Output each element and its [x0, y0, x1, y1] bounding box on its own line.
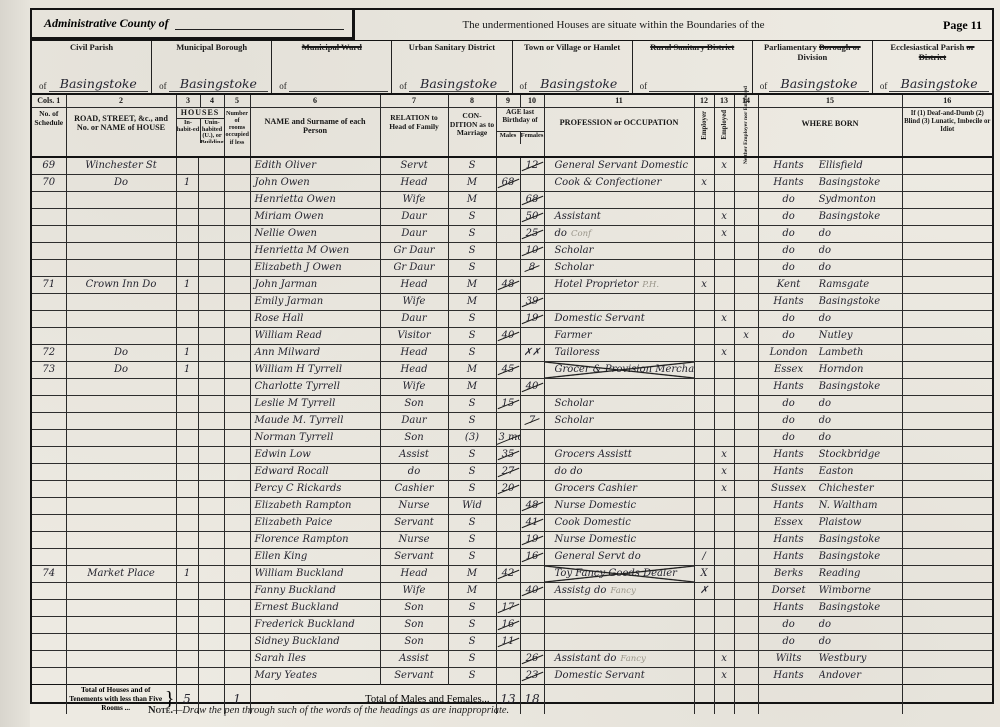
handwritten-value: Nellie Owen: [255, 228, 317, 239]
cell-where-born: SussexChichester: [758, 480, 902, 497]
cell-rooms: [224, 157, 250, 174]
col-numbers: 3 4: [177, 95, 224, 108]
cell-condition: S: [448, 599, 496, 616]
cell-uninhabited: [198, 633, 224, 650]
handwritten-value: M: [467, 177, 477, 188]
cell-employer-mark: [694, 446, 714, 463]
cell-age-female: 19: [520, 310, 544, 327]
cell-condition: S: [448, 548, 496, 565]
cell-road: [66, 531, 176, 548]
cell-age-male: [496, 225, 520, 242]
cell-employer-mark: [694, 361, 714, 378]
born-wrap: SussexChichester: [759, 483, 902, 494]
table-row: 70Do1John OwenHeadM68Cook & Confectioner…: [32, 174, 992, 191]
cell-age-female: ✗✗: [520, 344, 544, 361]
cell-where-born: HantsBasingstoke: [758, 378, 902, 395]
cell-infirmity: [902, 616, 992, 633]
born-county: Dorset: [759, 585, 819, 596]
handwritten-value: x: [721, 347, 727, 358]
cell-age-female: 50: [520, 208, 544, 225]
cell-schedule: [32, 293, 66, 310]
district-value-handwritten: Basingstoke: [49, 77, 149, 92]
cell-where-born: EssexPlaistow: [758, 514, 902, 531]
handwritten-value: Assistg do: [555, 585, 607, 596]
cell-schedule: 69: [32, 157, 66, 174]
cell-relation: Daur: [380, 310, 448, 327]
col-houses-header: 3 4 HOUSES In-habit-ed Unin-habited (U.)…: [176, 95, 224, 157]
cell-employer-mark: x: [694, 174, 714, 191]
cell-neither-mark: [734, 582, 758, 599]
cell-inhabited: [176, 225, 198, 242]
cell-age-female: 48: [520, 497, 544, 514]
handwritten-value: 68: [524, 194, 541, 205]
cell-neither-mark: [734, 599, 758, 616]
cell-age-female: 7: [520, 412, 544, 429]
cell-occupation: [544, 616, 694, 633]
born-county: Wilts: [759, 653, 819, 664]
cell-schedule: 73: [32, 361, 66, 378]
cell-uninhabited: [198, 395, 224, 412]
cell-schedule: [32, 395, 66, 412]
cell-occupation: Domestic Servant: [544, 310, 694, 327]
cell-rooms: [224, 633, 250, 650]
cell-relation: Wife: [380, 191, 448, 208]
col-label: If (1) Deaf-and-Dumb (2) Blind (3) Lunat…: [903, 108, 993, 146]
handwritten-value: William H Tyrrell: [255, 364, 343, 375]
cell-employer-mark: [694, 514, 714, 531]
district-of-line: ofBasingstoke: [876, 72, 989, 92]
cell-inhabited: [176, 191, 198, 208]
cell-occupation: Grocers Assistt: [544, 446, 694, 463]
handwritten-value: Servant: [394, 551, 434, 562]
handwritten-value: Charlotte Tyrrell: [255, 381, 340, 392]
handwritten-value: M: [467, 585, 477, 596]
cell-occupation: General Servant Domestic: [544, 157, 694, 174]
cell-neither-mark: [734, 565, 758, 582]
handwritten-value: 74: [42, 568, 55, 579]
born-county: Hants: [759, 551, 819, 562]
handwritten-value: Grocer & Provision Merchant: [555, 364, 695, 375]
cell-neither-mark: [734, 344, 758, 361]
handwritten-value: S: [469, 602, 476, 613]
handwritten-value: 20: [500, 483, 517, 494]
handwritten-value: Market Place: [87, 568, 155, 579]
district-of-line: ofBasingstoke: [516, 72, 629, 92]
handwritten-value: Son: [404, 602, 423, 613]
cell-occupation: [544, 599, 694, 616]
cell-rooms: [224, 327, 250, 344]
col-age-header: 9 10 AGE last Birthday of Males Females: [496, 95, 544, 157]
cell-inhabited: [176, 208, 198, 225]
handwritten-value: Daur: [401, 415, 426, 426]
handwritten-value: S: [469, 517, 476, 528]
cell-employer-mark: [694, 463, 714, 480]
cell-inhabited: [176, 412, 198, 429]
cell-inhabited: [176, 463, 198, 480]
col-label: Employer: [701, 111, 708, 140]
cell-relation: Head: [380, 174, 448, 191]
cell-road: [66, 259, 176, 276]
census-table: Cols. 1 No. of Schedule 2 ROAD, STREET, …: [32, 95, 992, 714]
cell-age-female: 68: [520, 191, 544, 208]
cell-occupation: Assistg doFancy: [544, 582, 694, 599]
district-label: Town or Village or Hamlet: [516, 43, 629, 72]
cell-infirmity: [902, 259, 992, 276]
born-county: Hants: [759, 670, 819, 681]
handwritten-value: 8: [527, 262, 537, 273]
cell-age-male: 42: [496, 565, 520, 582]
handwritten-value: 1: [184, 568, 190, 579]
col-name-header: 6 NAME and Surname of each Person: [250, 95, 380, 157]
cell-neither-mark: [734, 293, 758, 310]
handwritten-value: John Jarman: [255, 279, 318, 290]
cell-condition: S: [448, 616, 496, 633]
table-row: Leslie M TyrrellSonS15Scholardodo: [32, 395, 992, 412]
col-whereborn-header: 15 WHERE BORN: [758, 95, 902, 157]
table-row: Elizabeth PaiceServantS41Cook DomesticEs…: [32, 514, 992, 531]
cell-employed-mark: [714, 633, 734, 650]
handwritten-value: S: [469, 483, 476, 494]
cell-condition: S: [448, 242, 496, 259]
born-place: Easton: [819, 466, 902, 477]
handwritten-value: Elizabeth J Owen: [255, 262, 342, 273]
handwritten-value: Henrietta M Owen: [255, 245, 350, 256]
cell-where-born: dodo: [758, 412, 902, 429]
handwritten-value: Grocers Cashier: [555, 483, 637, 494]
cell-occupation: Scholar: [544, 395, 694, 412]
cell-name: Fanny Buckland: [250, 582, 380, 599]
cell-occupation: [544, 191, 694, 208]
born-place: Basingstoke: [819, 534, 902, 545]
cell-infirmity: [902, 208, 992, 225]
born-county: Hants: [759, 381, 819, 392]
cell-neither-mark: x: [734, 327, 758, 344]
handwritten-value: Scholar: [555, 245, 594, 256]
cell-employer-mark: [694, 497, 714, 514]
handwritten-value: x: [721, 160, 727, 171]
table-row: 72Do1Ann MilwardHeadS✗✗TailoressxLondonL…: [32, 344, 992, 361]
cell-uninhabited: [198, 429, 224, 446]
cell-rooms: [224, 208, 250, 225]
born-place: Basingstoke: [819, 211, 902, 222]
cell-inhabited: 1: [176, 565, 198, 582]
cell-occupation: Nurse Domestic: [544, 531, 694, 548]
cell-uninhabited: [198, 174, 224, 191]
cell-neither-mark: [734, 480, 758, 497]
houses-group-label: HOUSES: [177, 108, 224, 119]
district-cell: Municipal BoroughofBasingstoke: [152, 41, 272, 93]
cell-road: [66, 327, 176, 344]
cell-neither-mark: [734, 463, 758, 480]
cell-condition: M: [448, 276, 496, 293]
cell-employer-mark: [694, 616, 714, 633]
handwritten-value: Gr Daur: [393, 262, 434, 273]
cell-condition: S: [448, 514, 496, 531]
handwritten-value: Elizabeth Paice: [255, 517, 333, 528]
cell-age-female: [520, 565, 544, 582]
cell-inhabited: [176, 616, 198, 633]
handwritten-value: Sidney Buckland: [255, 636, 340, 647]
col-label: Employed: [721, 110, 728, 139]
cell-schedule: [32, 480, 66, 497]
cell-age-female: [520, 599, 544, 616]
cell-age-male: 15: [496, 395, 520, 412]
handwritten-value: Wife: [403, 194, 426, 205]
handwritten-value: x: [721, 483, 727, 494]
table-row: 69Winchester StEdith OliverServtS12Gener…: [32, 157, 992, 174]
cell-age-male: [496, 582, 520, 599]
cell-schedule: 71: [32, 276, 66, 293]
table-row: William ReadVisitorS40FarmerxdoNutley: [32, 327, 992, 344]
handwritten-value: Percy C Rickards: [255, 483, 342, 494]
cell-inhabited: [176, 446, 198, 463]
cell-neither-mark: [734, 531, 758, 548]
born-county: do: [759, 432, 819, 443]
handwritten-value: Emily Jarman: [255, 296, 324, 307]
cell-employed-mark: [714, 412, 734, 429]
cell-road: [66, 191, 176, 208]
handwritten-value: Gr Daur: [393, 245, 434, 256]
col-label: WHERE BORN: [759, 108, 902, 155]
handwritten-value: William Buckland: [255, 568, 344, 579]
born-place: Plaistow: [819, 517, 902, 528]
handwritten-value: x: [721, 211, 727, 222]
cell-occupation: Cook & Confectioner: [544, 174, 694, 191]
cell-employed-mark: [714, 531, 734, 548]
cell-road: [66, 412, 176, 429]
handwritten-value: S: [469, 330, 476, 341]
cell-condition: S: [448, 157, 496, 174]
handwritten-value: 42: [500, 568, 517, 579]
cell-relation: Son: [380, 633, 448, 650]
handwritten-value: 45: [500, 364, 517, 375]
col-relation-header: 7 RELATION to Head of Family: [380, 95, 448, 157]
handwritten-value: Do: [114, 364, 128, 375]
cell-name: Edith Oliver: [250, 157, 380, 174]
of-word: of: [640, 81, 648, 91]
handwritten-value: 15: [500, 398, 517, 409]
district-of-line: ofBasingstoke: [155, 72, 268, 92]
cell-inhabited: 1: [176, 344, 198, 361]
cell-employer-mark: [694, 191, 714, 208]
born-wrap: dodo: [759, 636, 902, 647]
cell-neither-mark: [734, 633, 758, 650]
cell-condition: S: [448, 208, 496, 225]
cell-inhabited: [176, 599, 198, 616]
cell-occupation: Scholar: [544, 259, 694, 276]
cell-infirmity: [902, 650, 992, 667]
handwritten-value: M: [467, 296, 477, 307]
cell-age-female: [520, 327, 544, 344]
of-word: of: [760, 81, 768, 91]
handwritten-value: 26: [524, 653, 541, 664]
cell-where-born: BerksReading: [758, 565, 902, 582]
cell-uninhabited: [198, 548, 224, 565]
born-wrap: HantsBasingstoke: [759, 602, 902, 613]
table-row: Florence RamptonNurseS19Nurse DomesticHa…: [32, 531, 992, 548]
cell-employed-mark: x: [714, 667, 734, 684]
col-number: 15: [759, 95, 902, 108]
cell-uninhabited: [198, 599, 224, 616]
cell-condition: (3): [448, 429, 496, 446]
district-label-segment: or: [966, 42, 974, 52]
scan-left-margin: [0, 0, 30, 727]
cell-employed-mark: [714, 395, 734, 412]
district-value-handwritten: [649, 91, 749, 92]
col-label: ROAD, STREET, &c., and No. or NAME of HO…: [67, 108, 176, 150]
district-label-segment: Division: [797, 52, 827, 62]
cell-condition: S: [448, 395, 496, 412]
table-row: Nellie OwenDaurS25doConfxdodo: [32, 225, 992, 242]
cell-employed-mark: [714, 259, 734, 276]
handwritten-value: Daur: [401, 228, 426, 239]
cell-age-male: [496, 191, 520, 208]
col-label: Neither Employer nor Employed: [743, 86, 749, 164]
cell-employed-mark: x: [714, 344, 734, 361]
born-county: do: [759, 330, 819, 341]
cell-age-female: 26: [520, 650, 544, 667]
handwritten-value: S: [469, 415, 476, 426]
cell-road: Do: [66, 361, 176, 378]
cell-condition: M: [448, 174, 496, 191]
cell-age-male: 3 mo: [496, 429, 520, 446]
cell-neither-mark: [734, 259, 758, 276]
cell-schedule: [32, 446, 66, 463]
handwritten-value: 17: [500, 602, 517, 613]
cell-age-male: 45: [496, 361, 520, 378]
cell-age-male: [496, 548, 520, 565]
handwritten-value: 16: [524, 551, 541, 562]
handwritten-value: do do: [555, 466, 583, 477]
district-label: Municipal Borough: [155, 43, 268, 72]
cell-neither-mark: [734, 208, 758, 225]
cell-where-born: HantsBasingstoke: [758, 293, 902, 310]
handwritten-value: 3 mo: [497, 432, 521, 443]
cell-uninhabited: [198, 446, 224, 463]
handwritten-value: 1: [184, 364, 190, 375]
cell-condition: S: [448, 225, 496, 242]
cell-condition: S: [448, 344, 496, 361]
cell-where-born: dodo: [758, 225, 902, 242]
cell-employer-mark: [694, 327, 714, 344]
table-row: Miriam OwenDaurS50AssistantxdoBasingstok…: [32, 208, 992, 225]
born-place: Nutley: [819, 330, 902, 341]
cell-age-male: [496, 378, 520, 395]
cell-road: [66, 650, 176, 667]
cell-road: [66, 633, 176, 650]
cell-employed-mark: x: [714, 310, 734, 327]
table-row: Henrietta M OwenGr DaurS10Scholardodo: [32, 242, 992, 259]
cell-uninhabited: [198, 650, 224, 667]
table-row: Henrietta OwenWifeM68doSydmonton: [32, 191, 992, 208]
cell-where-born: HantsBasingstoke: [758, 548, 902, 565]
table-row: 74Market Place1William BucklandHeadM42To…: [32, 565, 992, 582]
table-row: Edward RocalldoS27do doxHantsEaston: [32, 463, 992, 480]
cell-neither-mark: [734, 174, 758, 191]
cell-employer-mark: [694, 650, 714, 667]
cell-relation: Wife: [380, 378, 448, 395]
cell-employer-mark: /: [694, 548, 714, 565]
handwritten-value: 40: [524, 585, 541, 596]
cell-employed-mark: [714, 242, 734, 259]
cell-uninhabited: [198, 361, 224, 378]
cell-where-born: HantsEllisfield: [758, 157, 902, 174]
cell-name: Elizabeth Paice: [250, 514, 380, 531]
district-label-segment: District: [919, 52, 946, 62]
pencil-annotation: Fancy: [610, 586, 635, 596]
cell-inhabited: [176, 548, 198, 565]
born-wrap: HantsAndover: [759, 670, 902, 681]
handwritten-value: Cashier: [394, 483, 433, 494]
handwritten-value: Edward Rocall: [255, 466, 329, 477]
cell-relation: do: [380, 463, 448, 480]
cell-where-born: EssexHorndon: [758, 361, 902, 378]
cell-schedule: [32, 242, 66, 259]
handwritten-value: S: [469, 211, 476, 222]
cell-employed-mark: [714, 327, 734, 344]
cell-neither-mark: [734, 497, 758, 514]
born-county: Essex: [759, 517, 819, 528]
born-place: Lambeth: [819, 347, 902, 358]
cell-inhabited: [176, 429, 198, 446]
pencil-annotation: Conf: [571, 229, 591, 239]
cell-inhabited: [176, 378, 198, 395]
cell-occupation: Assistant doFancy: [544, 650, 694, 667]
cell-inhabited: 1: [176, 276, 198, 293]
cell-infirmity: [902, 361, 992, 378]
cell-occupation: Scholar: [544, 412, 694, 429]
cell-road: [66, 599, 176, 616]
cell-age-male: 17: [496, 599, 520, 616]
born-place: do: [819, 432, 902, 443]
born-place: Chichester: [819, 483, 902, 494]
cell-name: William H Tyrrell: [250, 361, 380, 378]
cell-age-female: [520, 616, 544, 633]
cell-employer-mark: ✗: [694, 582, 714, 599]
col-number: 16: [903, 95, 993, 108]
cell-employer-mark: [694, 429, 714, 446]
cell-infirmity: [902, 276, 992, 293]
cell-rooms: [224, 599, 250, 616]
born-wrap: dodo: [759, 619, 902, 630]
handwritten-value: S: [469, 551, 476, 562]
cell-name: Percy C Rickards: [250, 480, 380, 497]
district-label-segment: Civil Parish: [70, 42, 113, 52]
col-number: 6: [251, 95, 380, 108]
cell-road: [66, 616, 176, 633]
cell-relation: Daur: [380, 225, 448, 242]
cell-name: Sidney Buckland: [250, 633, 380, 650]
handwritten-value: x: [701, 177, 707, 188]
cell-name: Emily Jarman: [250, 293, 380, 310]
born-county: Sussex: [759, 483, 819, 494]
cell-inhabited: [176, 242, 198, 259]
cell-age-male: [496, 310, 520, 327]
born-wrap: doNutley: [759, 330, 902, 341]
cell-rooms: [224, 531, 250, 548]
handwritten-value: 50: [524, 211, 541, 222]
handwritten-value: Grocers Assistt: [555, 449, 632, 460]
born-wrap: KentRamsgate: [759, 279, 902, 290]
col-label: PROFESSION or OCCUPATION: [545, 108, 694, 154]
col-number: 11: [545, 95, 694, 108]
district-of-line: ofBasingstoke: [35, 72, 148, 92]
cell-employer-mark: [694, 633, 714, 650]
born-county: Hants: [759, 500, 819, 511]
handwritten-value: Rose Hall: [255, 313, 304, 324]
cell-occupation: Domestic Servant: [544, 667, 694, 684]
cell-age-female: [520, 446, 544, 463]
